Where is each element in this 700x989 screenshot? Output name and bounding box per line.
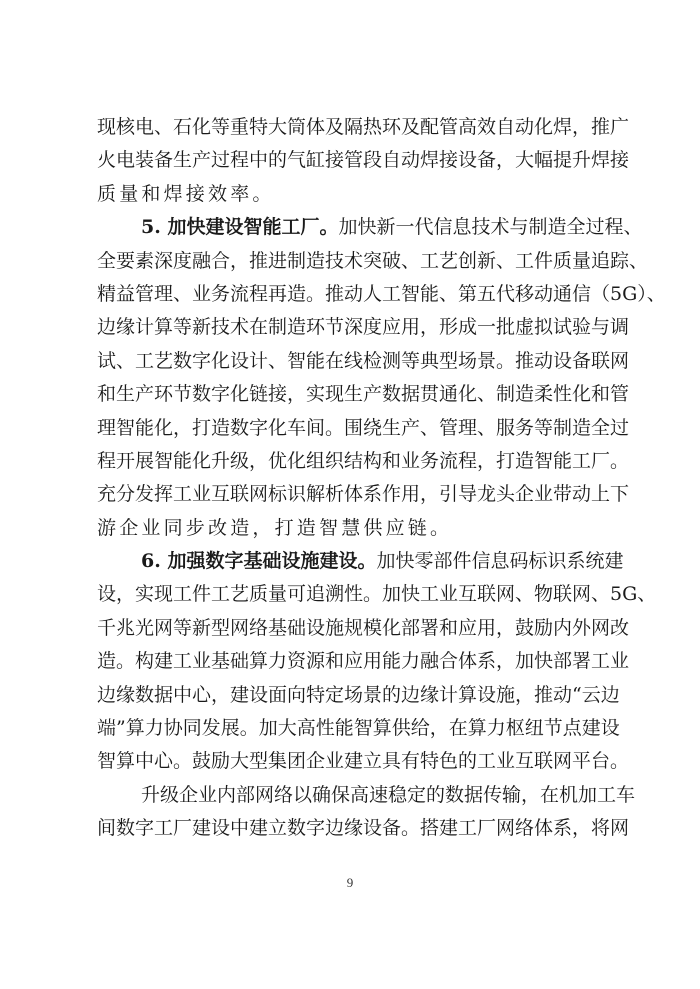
line-text: 火电装备生产过程中的气缸接管段自动焊接设备，大幅提升焊接 [97,144,605,177]
line-text: 智算中心。鼓励大型集团企业建立具有特色的工业互联网平台。 [97,745,605,778]
line-text: 程开展智能化升级，优化组织结构和业务流程，打造智能工厂。 [97,445,605,478]
line-text: 充分发挥工业互联网标识解析体系作用，引导龙头企业带动上下 [97,478,605,511]
line-text: 游企业同步改造，打造智慧供应链。 [97,512,605,545]
text-line: 理智能化，打造数字化车间。围绕生产、管理、服务等制造全过 [97,412,605,445]
text-line: 间数字工厂建设中建立数字边缘设备。搭建工厂网络体系，将网 [97,812,605,845]
line-text: 边缘计算等新技术在制造环节深度应用，形成一批虚拟试验与调 [97,311,605,344]
section-5-first-line: 5. 加快建设智能工厂。加快新一代信息技术与制造全过程、 [97,211,605,244]
line-text: 边缘数据中心，建设面向特定场景的边缘计算设施，推动“云边 [97,679,605,712]
text-line: 端”算力协同发展。加大高性能智算供给，在算力枢纽节点建设 [97,712,605,745]
line-text: 升级企业内部网络以确保高速稳定的数据传输，在机加工车 [97,779,605,812]
text-line: 千兆光网等新型网络基础设施规模化部署和应用，鼓励内外网改 [97,612,605,645]
text-line: 智算中心。鼓励大型集团企业建立具有特色的工业互联网平台。 [97,745,605,778]
section-6-first-line: 6. 加强数字基础设施建设。加快零部件信息码标识系统建 [97,545,605,578]
text-line: 火电装备生产过程中的气缸接管段自动焊接设备，大幅提升焊接 [97,144,605,177]
line-text: 和生产环节数字化链接，实现生产数据贯通化、制造柔性化和管 [97,378,605,411]
text-line: 精益管理、业务流程再造。推动人工智能、第五代移动通信（5G）、 [97,278,605,311]
text-line: 边缘计算等新技术在制造环节深度应用，形成一批虚拟试验与调 [97,311,605,344]
text-line: 质量和焊接效率。 [97,178,605,211]
text-line: 游企业同步改造，打造智慧供应链。 [97,512,605,545]
line-text: 现核电、石化等重特大筒体及隔热环及配管高效自动化焊，推广 [97,111,605,144]
line-text: 造。构建工业基础算力资源和应用能力融合体系，加快部署工业 [97,645,605,678]
line-text: 试、工艺数字化设计、智能在线检测等典型场景。推动设备联网 [97,345,605,378]
body-text: 现核电、石化等重特大筒体及隔热环及配管高效自动化焊，推广 火电装备生产过程中的气… [97,111,605,846]
text-line: 充分发挥工业互联网标识解析体系作用，引导龙头企业带动上下 [97,478,605,511]
section-5-heading: 5. 加快建设智能工厂。 [141,216,338,238]
line-text: 间数字工厂建设中建立数字边缘设备。搭建工厂网络体系，将网 [97,812,605,845]
document-page: 现核电、石化等重特大筒体及隔热环及配管高效自动化焊，推广 火电装备生产过程中的气… [0,0,700,989]
page-number: 9 [0,875,700,891]
line-text: 千兆光网等新型网络基础设施规模化部署和应用，鼓励内外网改 [97,612,605,645]
text-line: 试、工艺数字化设计、智能在线检测等典型场景。推动设备联网 [97,345,605,378]
line-text: 精益管理、业务流程再造。推动人工智能、第五代移动通信（5G）、 [97,278,605,311]
text-line: 和生产环节数字化链接，实现生产数据贯通化、制造柔性化和管 [97,378,605,411]
text-line: 全要素深度融合，推进制造技术突破、工艺创新、工件质量追踪、 [97,245,605,278]
line-text: 质量和焊接效率。 [97,178,605,211]
text-line: 造。构建工业基础算力资源和应用能力融合体系，加快部署工业 [97,645,605,678]
section-6-heading: 6. 加强数字基础设施建设。 [141,550,376,572]
line-text: 加快新一代信息技术与制造全过程、 [338,216,642,238]
line-text: 加快零部件信息码标识系统建 [376,550,623,572]
line-text: 端”算力协同发展。加大高性能智算供给，在算力枢纽节点建设 [97,712,605,745]
line-text: 全要素深度融合，推进制造技术突破、工艺创新、工件质量追踪、 [97,245,605,278]
line-text: 设，实现工件工艺质量可追溯性。加快工业互联网、物联网、5G、 [97,578,605,611]
paragraph-7-first-line: 升级企业内部网络以确保高速稳定的数据传输，在机加工车 [97,779,605,812]
text-line: 边缘数据中心，建设面向特定场景的边缘计算设施，推动“云边 [97,679,605,712]
text-line: 设，实现工件工艺质量可追溯性。加快工业互联网、物联网、5G、 [97,578,605,611]
text-line: 现核电、石化等重特大筒体及隔热环及配管高效自动化焊，推广 [97,111,605,144]
text-line: 程开展智能化升级，优化组织结构和业务流程，打造智能工厂。 [97,445,605,478]
line-text: 理智能化，打造数字化车间。围绕生产、管理、服务等制造全过 [97,412,605,445]
